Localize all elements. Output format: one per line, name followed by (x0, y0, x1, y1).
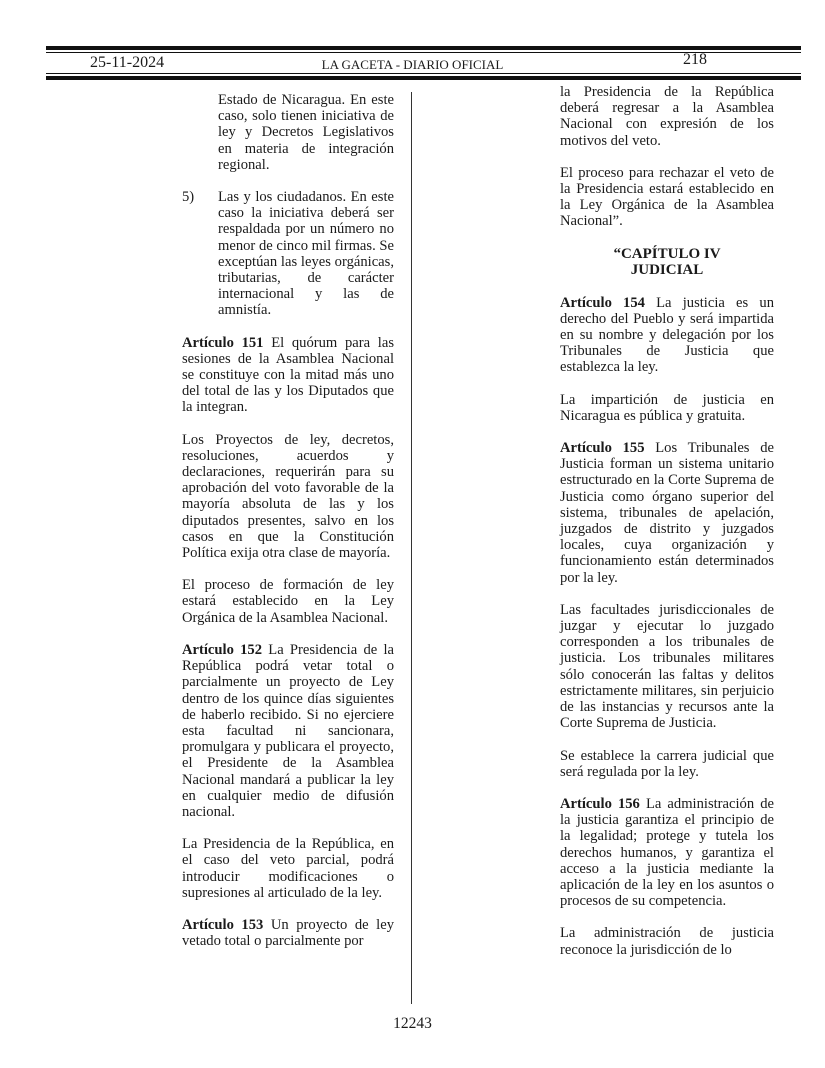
article-151-paragraph-3: El proceso de formación de ley estará es… (182, 577, 394, 626)
article-label: Artículo 155 (560, 440, 645, 456)
chapter-title: “CAPÍTULO IV (560, 246, 774, 263)
article-156-paragraph-2: La administración de justicia reconoce l… (560, 925, 774, 957)
article-155: Artículo 155 Los Tribunales de Justicia … (560, 440, 774, 586)
left-column: Estado de Nicaragua. En este caso, solo … (182, 92, 394, 949)
header-rule-top-thick (46, 46, 801, 50)
article-label: Artículo 151 (182, 335, 263, 351)
header-rule-bottom-thick (46, 76, 801, 80)
article-label: Artículo 152 (182, 642, 262, 658)
continuation-paragraph: Estado de Nicaragua. En este caso, solo … (182, 92, 394, 173)
article-label: Artículo 153 (182, 917, 263, 933)
article-155-paragraph-3: Se establece la carrera judicial que ser… (560, 748, 774, 780)
page-folio: 12243 (0, 1015, 825, 1033)
article-151: Artículo 151 El quórum para las sesiones… (182, 335, 394, 416)
list-text: Las y los ciudadanos. En este caso la in… (218, 189, 394, 319)
header-page-number: 218 (683, 52, 707, 68)
list-item-5: 5) Las y los ciudadanos. En este caso la… (182, 189, 394, 319)
right-column: la Presidencia de la República deberá re… (560, 84, 774, 958)
article-153-continuation: la Presidencia de la República deberá re… (560, 84, 774, 149)
article-153-paragraph-2: El proceso para rechazar el veto de la P… (560, 165, 774, 230)
article-151-paragraph-2: Los Proyectos de ley, decretos, resoluci… (182, 432, 394, 562)
article-154: Artículo 154 La justicia es un derecho d… (560, 295, 774, 376)
article-152: Artículo 152 La Presidencia de la Repúbl… (182, 642, 394, 820)
header-rule-bottom-thin (46, 73, 801, 74)
article-label: Artículo 154 (560, 295, 645, 311)
article-156: Artículo 156 La administración de la jus… (560, 796, 774, 909)
chapter-subtitle: JUDICIAL (560, 262, 774, 279)
list-number: 5) (182, 189, 218, 319)
article-154-paragraph-2: La impartición de justicia en Nicaragua … (560, 392, 774, 424)
article-155-paragraph-2: Las facultades jurisdiccionales de juzga… (560, 602, 774, 732)
article-label: Artículo 156 (560, 796, 640, 812)
article-152-paragraph-2: La Presidencia de la República, en el ca… (182, 836, 394, 901)
column-divider (411, 92, 412, 1004)
chapter-heading: “CAPÍTULO IV JUDICIAL (560, 246, 774, 279)
article-153: Artículo 153 Un proyecto de ley vetado t… (182, 917, 394, 949)
